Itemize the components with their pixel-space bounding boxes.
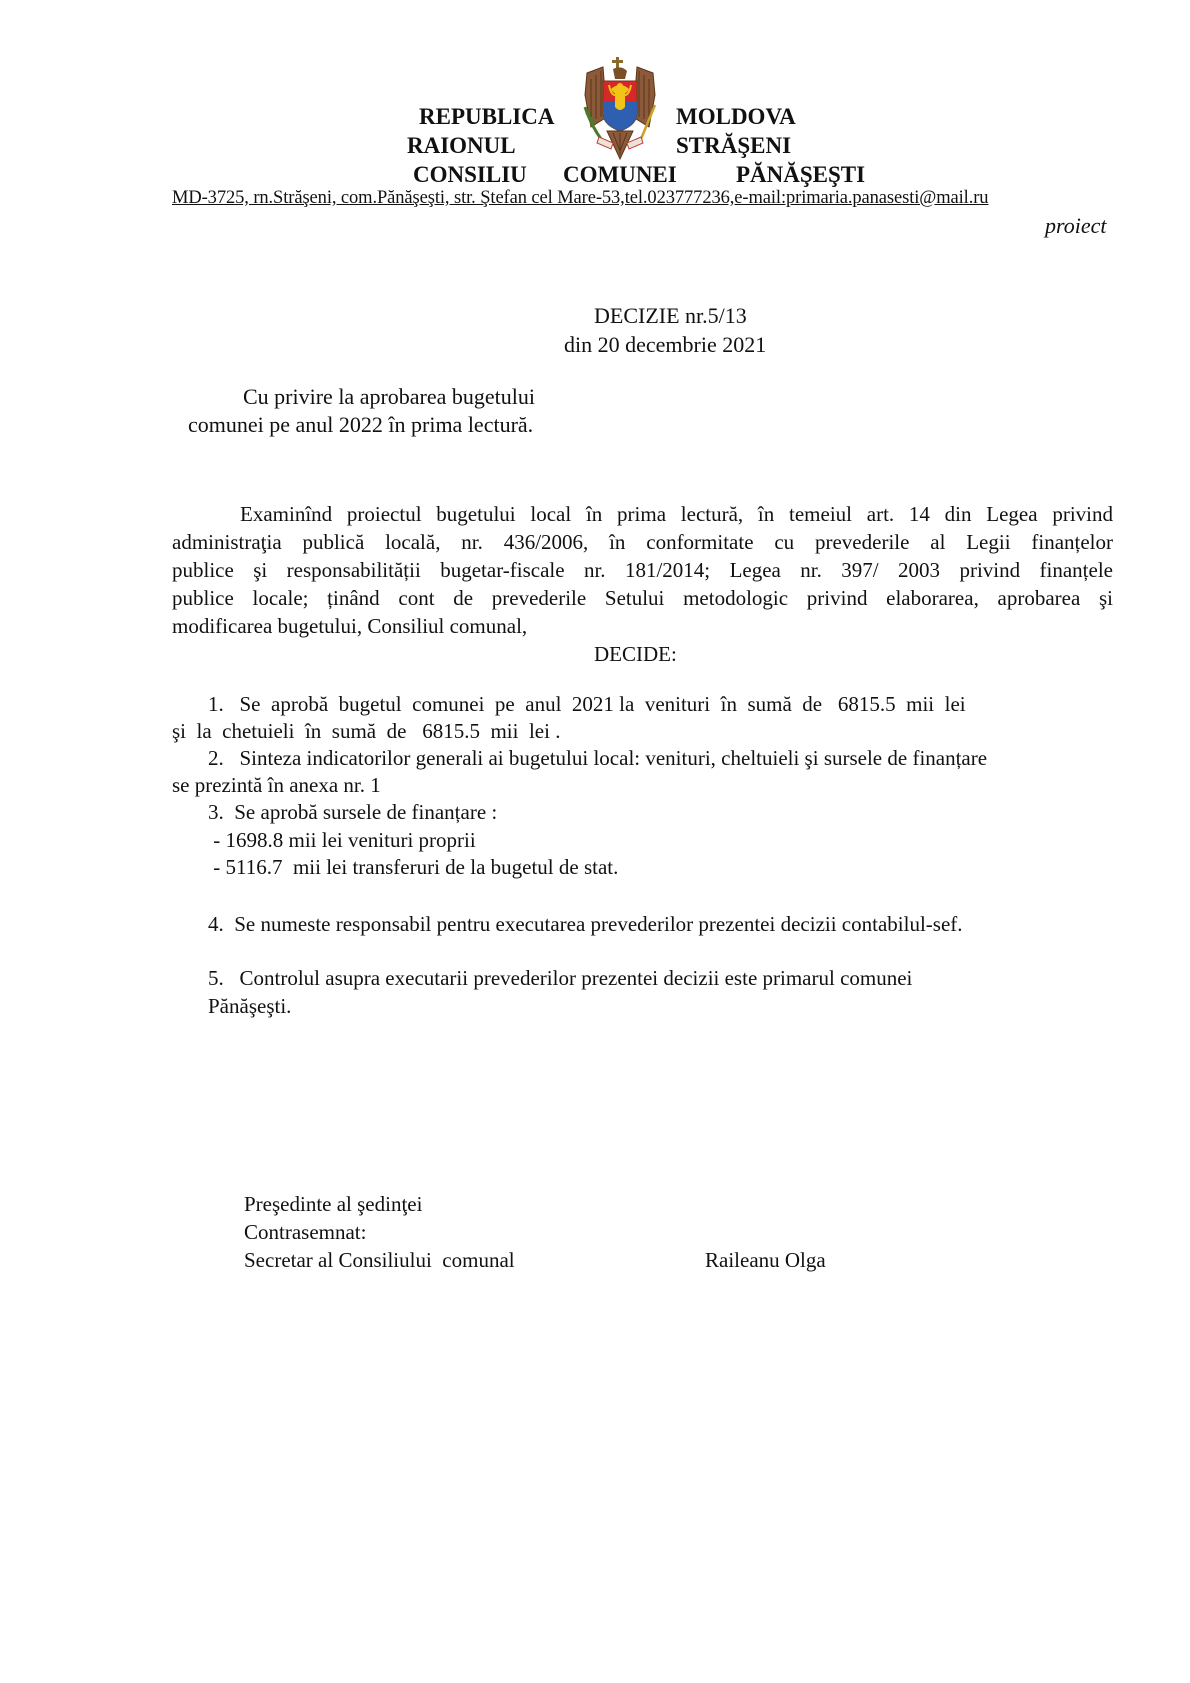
- decision-title: DECIZIE nr.5/13: [594, 302, 747, 330]
- article-3-line-1: 3. Se aprobă sursele de finanțare :: [208, 798, 497, 826]
- decision-date: din 20 decembrie 2021: [564, 331, 766, 359]
- article-3-item-state-transfers: - 5116.7 mii lei transferuri de la buget…: [208, 853, 618, 881]
- article-2-line-2: se prezintă în anexa nr. 1: [172, 771, 381, 799]
- preamble-line: modificarea bugetului, Consiliul comunal…: [172, 612, 1113, 640]
- article-5-line-1: 5. Controlul asupra executarii prevederi…: [208, 964, 912, 992]
- signature-secretary-name: Raileanu Olga: [705, 1246, 826, 1274]
- preamble-line: Examinînd proiectul bugetului local în p…: [172, 500, 1113, 528]
- subject-line-2: comunei pe anul 2022 în prima lectură.: [188, 411, 533, 439]
- article-2-line-1: 2. Sinteza indicatorilor generali ai bug…: [208, 744, 987, 772]
- article-1-line-2: şi la chetuieli în sumă de 6815.5 mii le…: [172, 717, 560, 745]
- preamble-paragraph: Examinînd proiectul bugetului local în p…: [172, 500, 1113, 640]
- article-4: 4. Se numeste responsabil pentru executa…: [208, 910, 963, 938]
- decide-heading: DECIDE:: [594, 640, 677, 668]
- preamble-line: administraţia publică locală, nr. 436/20…: [172, 528, 1113, 556]
- header-raionul: RAIONUL: [407, 132, 516, 160]
- moldova-coat-of-arms-icon: [583, 55, 657, 167]
- signature-countersigned-label: Contrasemnat:: [244, 1218, 366, 1246]
- article-3-item-own-revenues: - 1698.8 mii lei venituri proprii: [208, 826, 476, 854]
- header-address: MD-3725, rn.Străşeni, com.Pănăşeşti, str…: [172, 188, 988, 209]
- header-republica: REPUBLICA: [419, 103, 554, 131]
- preamble-line: publice locale; ținând cont de prevederi…: [172, 584, 1113, 612]
- article-1-line-1: 1. Se aprobă bugetul comunei pe anul 202…: [208, 690, 966, 718]
- header-consiliu: CONSILIU: [413, 161, 527, 189]
- preamble-line: publice şi responsabilității bugetar-fis…: [172, 556, 1113, 584]
- signature-chair-label: Preşedinte al şedinţei: [244, 1190, 422, 1218]
- header-panasesti: PĂNĂŞEŞTI: [736, 161, 865, 189]
- header-moldova: MOLDOVA: [676, 103, 796, 131]
- article-5-line-2: Pănăşeşti.: [208, 992, 291, 1020]
- status-label-proiect: proiect: [1045, 212, 1107, 240]
- subject-line-1: Cu privire la aprobarea bugetului: [243, 383, 535, 411]
- signature-secretary-label: Secretar al Consiliului comunal: [244, 1246, 515, 1274]
- header-straseni: STRĂŞENI: [676, 132, 791, 160]
